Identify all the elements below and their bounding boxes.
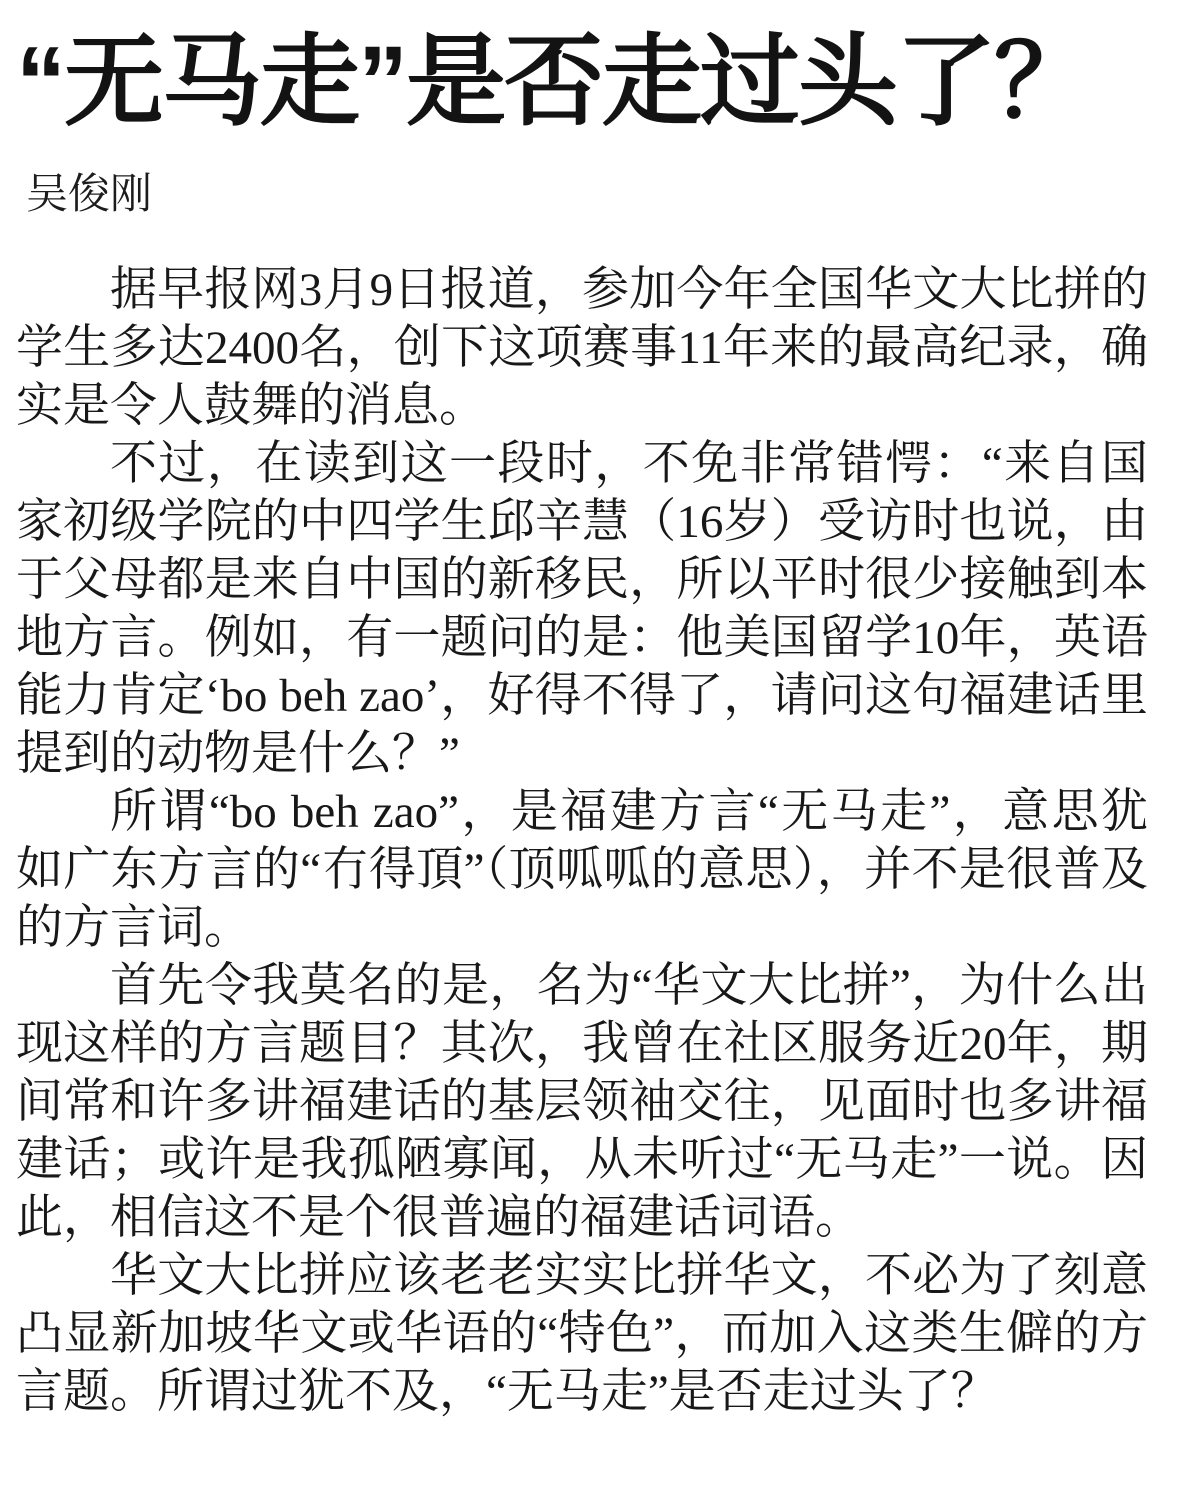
article-paragraph-1: 据早报网3月9日报道，参加今年全国华文大比拼的学生多达2400名，创下这项赛事1…: [16, 261, 1148, 435]
article-page: “无马走”是否走过头了？ 吴俊刚 据早报网3月9日报道，参加今年全国华文大比拼的…: [0, 0, 1200, 1500]
article-author: 吴俊刚: [26, 171, 1148, 217]
article-paragraph-5: 华文大比拼应该老老实实比拼华文，不必为了刻意凸显新加坡华文或华语的“特色”，而加…: [16, 1247, 1148, 1421]
article-paragraph-4: 首先令我莫名的是，名为“华文大比拼”，为什么出现这样的方言题目？其次，我曾在社区…: [16, 957, 1148, 1247]
article-body: 据早报网3月9日报道，参加今年全国华文大比拼的学生多达2400名，创下这项赛事1…: [16, 261, 1148, 1421]
article-paragraph-3: 所谓“bo beh zao”，是福建方言“无马走”，意思犹如广东方言的“冇得頂”…: [16, 783, 1148, 957]
article-title: “无马走”是否走过头了？: [16, 20, 1148, 145]
article-paragraph-2: 不过，在读到这一段时，不免非常错愕：“来自国家初级学院的中四学生邱辛慧（16岁）…: [16, 435, 1148, 783]
